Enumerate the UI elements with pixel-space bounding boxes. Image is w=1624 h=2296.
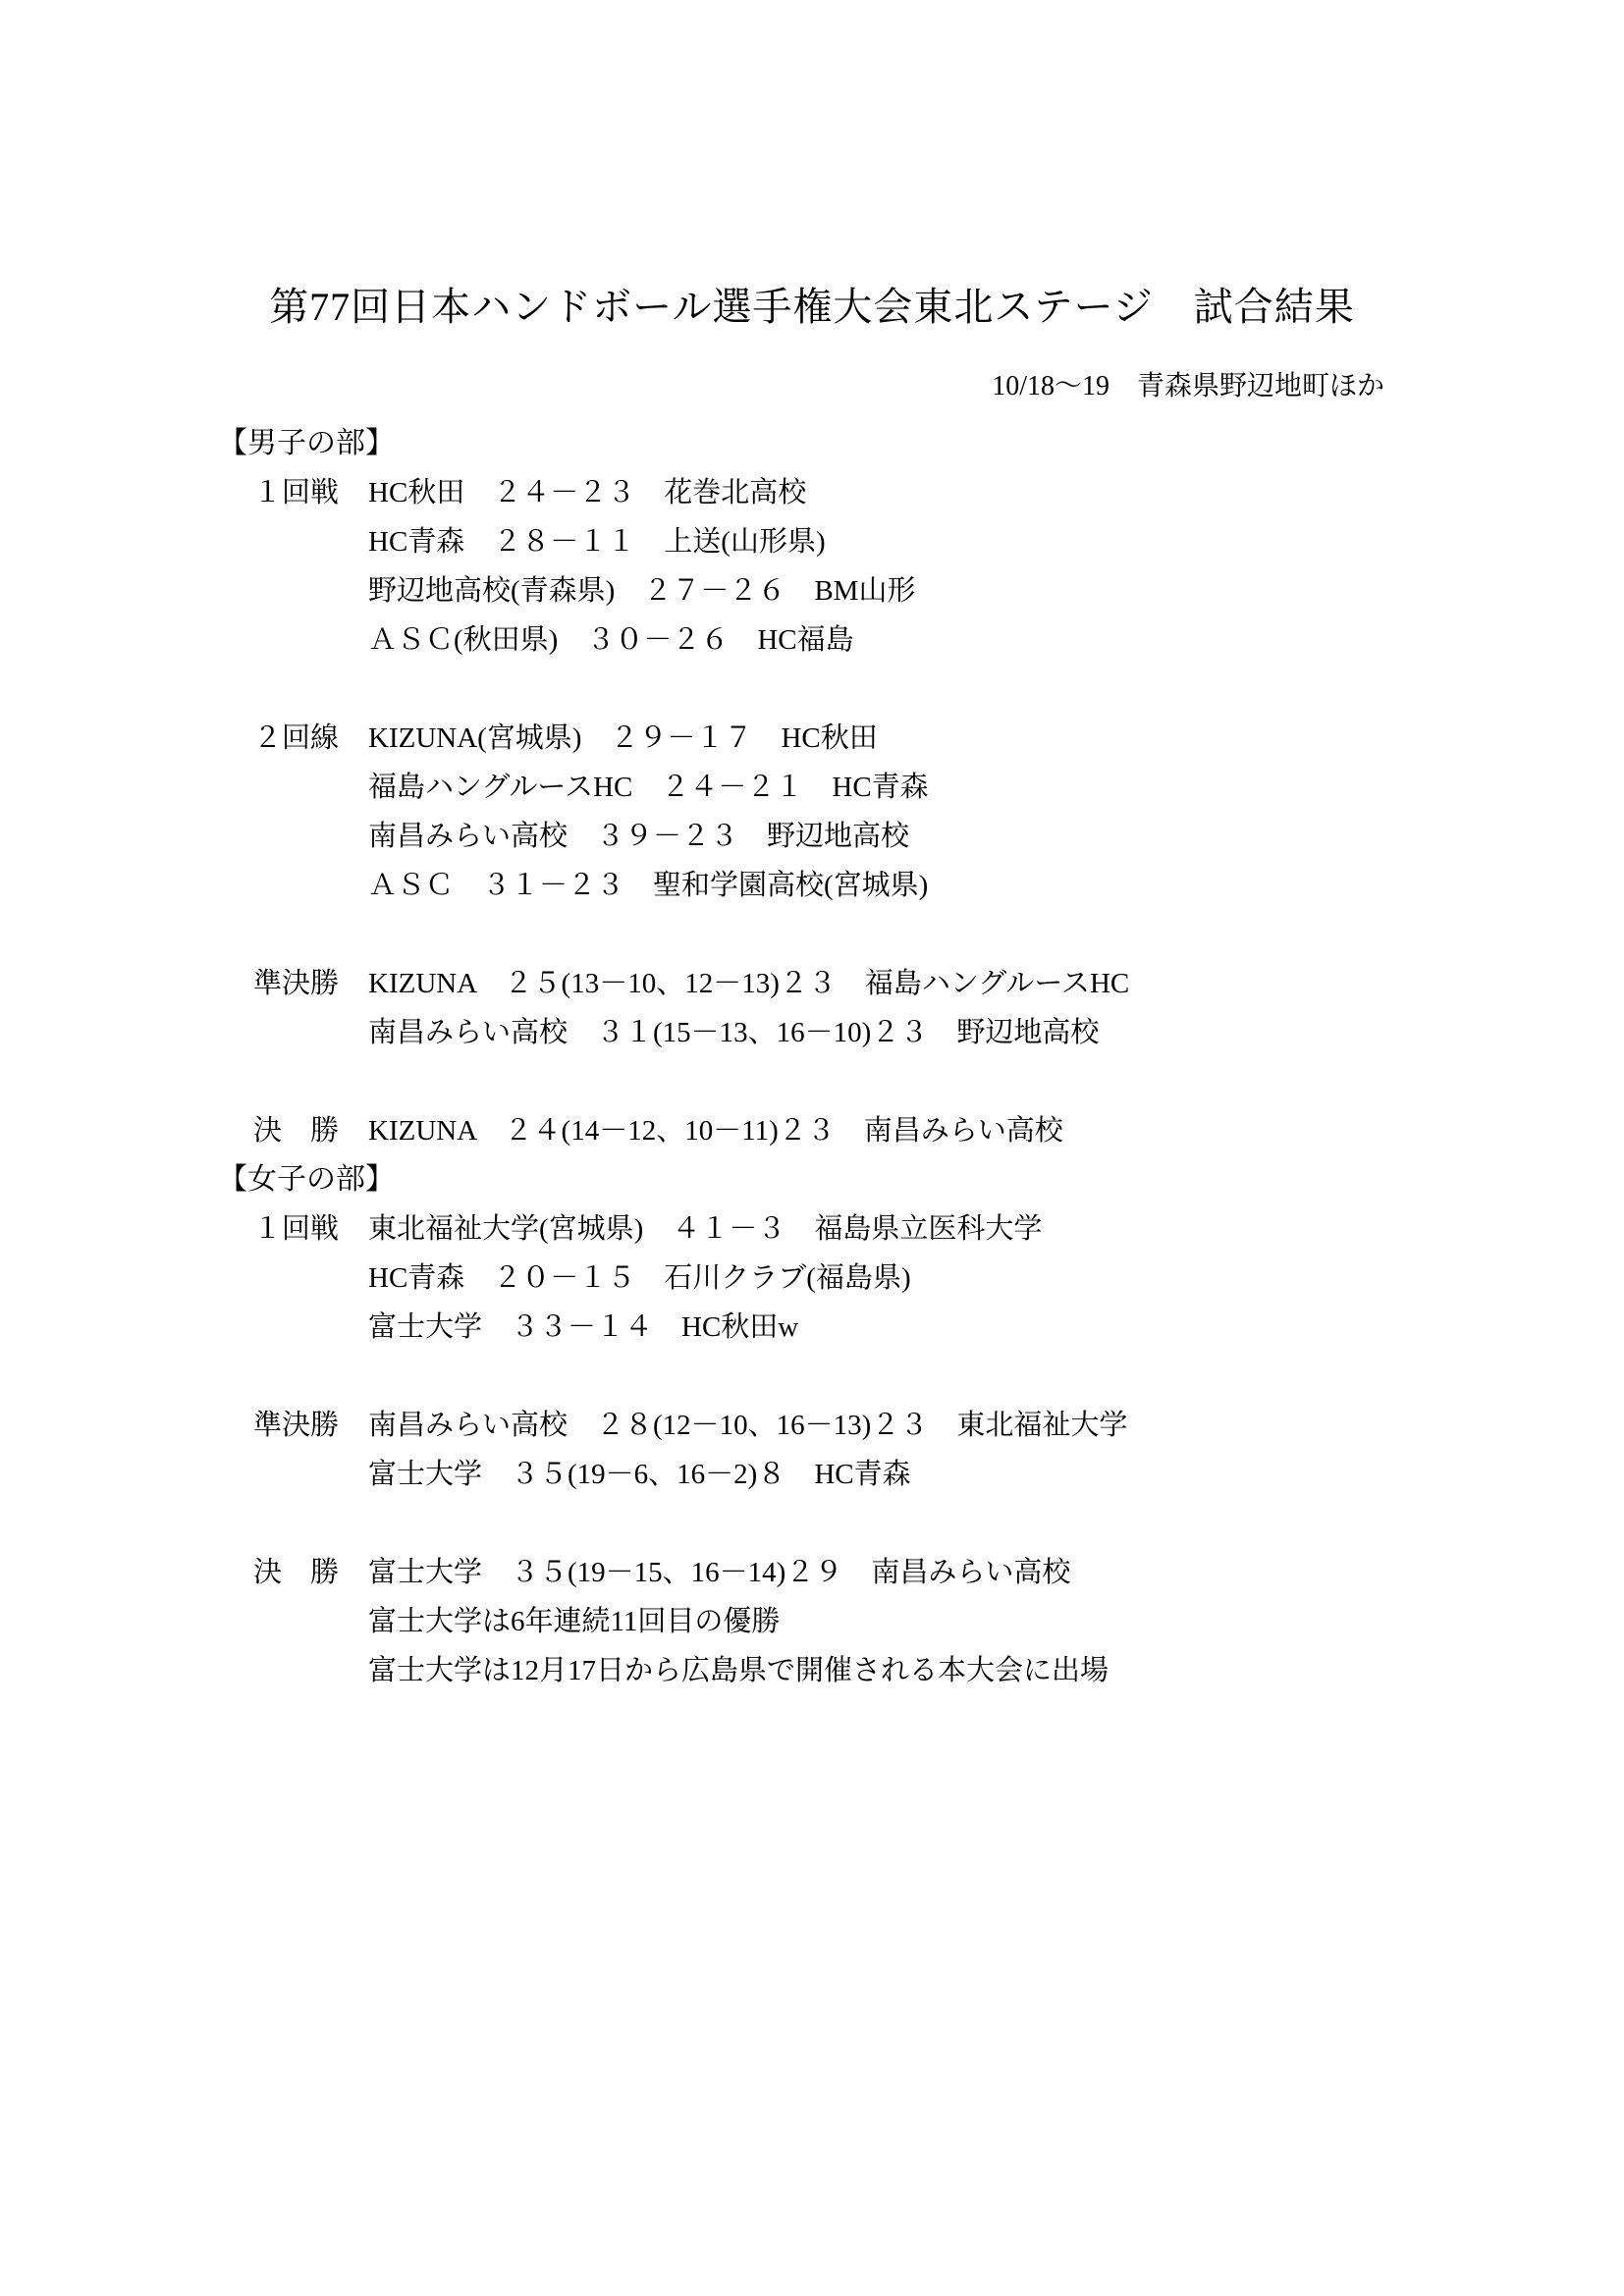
match-result: 南昌みらい高校 ３９－２３ 野辺地高校 bbox=[368, 812, 1624, 861]
match-group-womens-final: 決 勝 富士大学 ３５(19－15、16－14)２９ 南昌みらい高校 富士大学は… bbox=[0, 1548, 1624, 1695]
match-group-womens-round1: １回戦 東北福祉大学(宮城県) ４１－３ 福島県立医科大学 HC青森 ２０－１５… bbox=[0, 1204, 1624, 1352]
match-row: 南昌みらい高校 ３９－２３ 野辺地高校 bbox=[0, 812, 1624, 861]
round-label: １回戦 bbox=[253, 468, 368, 517]
match-row: 福島ハングルースHC ２４－２１ HC青森 bbox=[0, 763, 1624, 812]
match-group-mens-round1: １回戦 HC秋田 ２４－２３ 花巻北高校 HC青森 ２８－１１ 上送(山形県) … bbox=[0, 468, 1624, 665]
match-group-mens-final: 決 勝 KIZUNA ２４(14－12、10－11)２３ 南昌みらい高校 bbox=[0, 1106, 1624, 1155]
match-result: 富士大学 ３３－１４ HC秋田w bbox=[368, 1303, 1624, 1352]
round-label-empty bbox=[253, 517, 368, 566]
match-result: ＡＳＣ ３１－２３ 聖和学園高校(宮城県) bbox=[368, 861, 1624, 910]
round-label: 準決勝 bbox=[253, 959, 368, 1008]
round-label-empty bbox=[253, 1303, 368, 1352]
match-group-mens-semifinal: 準決勝 KIZUNA ２５(13－10、12－13)２３ 福島ハングルースHC … bbox=[0, 959, 1624, 1057]
match-row: １回戦 東北福祉大学(宮城県) ４１－３ 福島県立医科大学 bbox=[0, 1204, 1624, 1254]
match-result: 南昌みらい高校 ２８(12－10、16－13)２３ 東北福祉大学 bbox=[368, 1401, 1624, 1450]
round-label-empty bbox=[253, 1008, 368, 1057]
match-row: 野辺地高校(青森県) ２７－２６ BM山形 bbox=[0, 566, 1624, 615]
section-header-womens: 【女子の部】 bbox=[0, 1155, 1624, 1204]
section-header-mens: 【男子の部】 bbox=[0, 419, 1624, 468]
match-row: 南昌みらい高校 ３１(15－13、16－10)２３ 野辺地高校 bbox=[0, 1008, 1624, 1057]
match-result: KIZUNA ２５(13－10、12－13)２３ 福島ハングルースHC bbox=[368, 959, 1624, 1008]
round-label-empty bbox=[253, 615, 368, 665]
section-mens: 【男子の部】 １回戦 HC秋田 ２４－２３ 花巻北高校 HC青森 ２８－１１ 上… bbox=[0, 419, 1624, 1155]
round-label: １回戦 bbox=[253, 1204, 368, 1254]
match-result: 南昌みらい高校 ３１(15－13、16－10)２３ 野辺地高校 bbox=[368, 1008, 1624, 1057]
round-label: 決 勝 bbox=[253, 1106, 368, 1155]
note-advance-to-nationals: 富士大学は12月17日から広島県で開催される本大会に出場 bbox=[368, 1646, 1624, 1695]
round-label-empty bbox=[253, 1597, 368, 1646]
match-result: 東北福祉大学(宮城県) ４１－３ 福島県立医科大学 bbox=[368, 1204, 1624, 1254]
match-row: １回戦 HC秋田 ２４－２３ 花巻北高校 bbox=[0, 468, 1624, 517]
match-row: 富士大学は6年連続11回目の優勝 bbox=[0, 1597, 1624, 1646]
round-label-empty bbox=[253, 861, 368, 910]
date-location-line: 10/18～19 青森県野辺地町ほか bbox=[0, 362, 1624, 411]
match-result: KIZUNA ２４(14－12、10－11)２３ 南昌みらい高校 bbox=[368, 1106, 1624, 1155]
round-label-empty bbox=[253, 763, 368, 812]
match-result: KIZUNA(宮城県) ２９－１７ HC秋田 bbox=[368, 714, 1624, 763]
section-womens: 【女子の部】 １回戦 東北福祉大学(宮城県) ４１－３ 福島県立医科大学 HC青… bbox=[0, 1155, 1624, 1695]
round-label-empty bbox=[253, 1254, 368, 1303]
match-row: 決 勝 富士大学 ３５(19－15、16－14)２９ 南昌みらい高校 bbox=[0, 1548, 1624, 1597]
match-row: ２回線 KIZUNA(宮城県) ２９－１７ HC秋田 bbox=[0, 714, 1624, 763]
match-row: ＡＳＣ(秋田県) ３０－２６ HC福島 bbox=[0, 615, 1624, 665]
match-result: HC秋田 ２４－２３ 花巻北高校 bbox=[368, 468, 1624, 517]
round-label-empty bbox=[253, 566, 368, 615]
round-label-empty bbox=[253, 812, 368, 861]
note-consecutive-title: 富士大学は6年連続11回目の優勝 bbox=[368, 1597, 1624, 1646]
page-title: 第77回日本ハンドボール選手権大会東北ステージ 試合結果 bbox=[0, 0, 1624, 335]
match-row: ＡＳＣ ３１－２３ 聖和学園高校(宮城県) bbox=[0, 861, 1624, 910]
round-label: 準決勝 bbox=[253, 1401, 368, 1450]
round-label-empty bbox=[253, 1646, 368, 1695]
match-row: 準決勝 KIZUNA ２５(13－10、12－13)２３ 福島ハングルースHC bbox=[0, 959, 1624, 1008]
match-result: 福島ハングルースHC ２４－２１ HC青森 bbox=[368, 763, 1624, 812]
round-label: ２回線 bbox=[253, 714, 368, 763]
match-row: 決 勝 KIZUNA ２４(14－12、10－11)２３ 南昌みらい高校 bbox=[0, 1106, 1624, 1155]
match-result: 富士大学 ３５(19－6、16－2)８ HC青森 bbox=[368, 1450, 1624, 1499]
match-row: HC青森 ２８－１１ 上送(山形県) bbox=[0, 517, 1624, 566]
match-result: 野辺地高校(青森県) ２７－２６ BM山形 bbox=[368, 566, 1624, 615]
match-row: HC青森 ２０－１５ 石川クラブ(福島県) bbox=[0, 1254, 1624, 1303]
match-result: HC青森 ２０－１５ 石川クラブ(福島県) bbox=[368, 1254, 1624, 1303]
match-row: 富士大学 ３３－１４ HC秋田w bbox=[0, 1303, 1624, 1352]
round-label: 決 勝 bbox=[253, 1548, 368, 1597]
document-page: 第77回日本ハンドボール選手権大会東北ステージ 試合結果 10/18～19 青森… bbox=[0, 0, 1624, 2296]
match-result: 富士大学 ３５(19－15、16－14)２９ 南昌みらい高校 bbox=[368, 1548, 1624, 1597]
match-result: ＡＳＣ(秋田県) ３０－２６ HC福島 bbox=[368, 615, 1624, 665]
round-label-empty bbox=[253, 1450, 368, 1499]
match-row: 富士大学は12月17日から広島県で開催される本大会に出場 bbox=[0, 1646, 1624, 1695]
match-row: 準決勝 南昌みらい高校 ２８(12－10、16－13)２３ 東北福祉大学 bbox=[0, 1401, 1624, 1450]
match-group-mens-round2: ２回線 KIZUNA(宮城県) ２９－１７ HC秋田 福島ハングルースHC ２４… bbox=[0, 714, 1624, 910]
match-row: 富士大学 ３５(19－6、16－2)８ HC青森 bbox=[0, 1450, 1624, 1499]
match-group-womens-semifinal: 準決勝 南昌みらい高校 ２８(12－10、16－13)２３ 東北福祉大学 富士大… bbox=[0, 1401, 1624, 1499]
match-result: HC青森 ２８－１１ 上送(山形県) bbox=[368, 517, 1624, 566]
